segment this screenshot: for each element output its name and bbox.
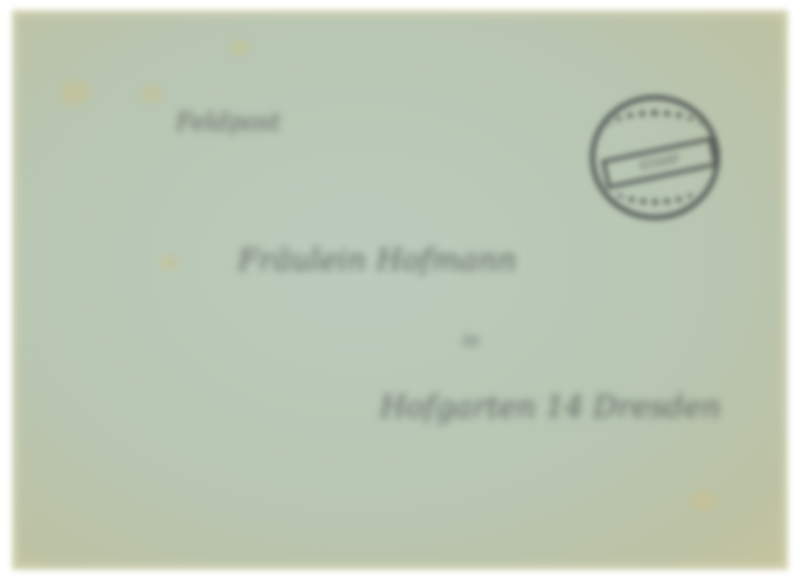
- envelope: [12, 10, 788, 570]
- stain: [140, 85, 162, 103]
- stain: [230, 40, 250, 56]
- postmark-arc-bottom: [613, 171, 697, 205]
- stain: [160, 255, 178, 271]
- handwriting-line-2: Fräulein Hofmann: [238, 243, 516, 278]
- postmark: STAMP: [590, 95, 720, 220]
- handwriting-line-3: in: [462, 330, 479, 351]
- handwriting-line-1: Feldpost: [176, 108, 280, 136]
- stain: [690, 490, 718, 512]
- handwriting-line-4: Hofgarten 14 Dresden: [380, 390, 721, 425]
- stain: [60, 80, 90, 105]
